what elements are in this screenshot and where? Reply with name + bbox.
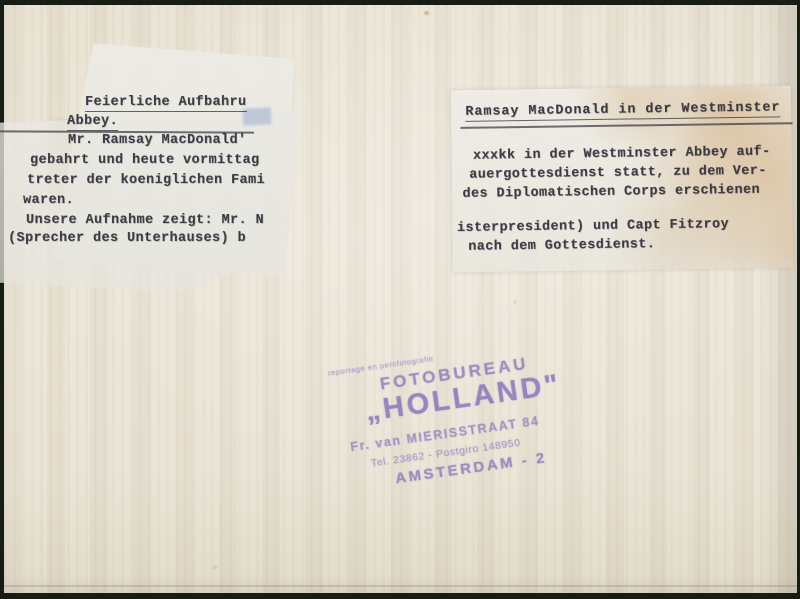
left-caption-text: Feierliche Aufbahru Abbey. Mr. Ramsay Ma… bbox=[0, 90, 310, 260]
caption-line: (Sprecher des Unterhauses) b bbox=[8, 232, 246, 246]
right-caption-text: Ramsay MacDonald in der Westminster xxxk… bbox=[452, 85, 799, 265]
caption-line: isterpresident) und Capt Fitzroy bbox=[457, 218, 729, 235]
headline-underline bbox=[461, 122, 793, 128]
caption-line: waren. bbox=[23, 194, 74, 208]
caption-line: des Diplomatischen Corps erschienen bbox=[462, 184, 760, 202]
paper-speck bbox=[424, 11, 429, 15]
caption-line: nach dem Gottesdienst. bbox=[468, 238, 655, 254]
caption-headline: Feierliche Aufbahru bbox=[85, 96, 247, 112]
paper-crease-line bbox=[4, 585, 797, 587]
caption-headline: Ramsay MacDonald in der Westminster bbox=[465, 101, 780, 121]
paper-speck bbox=[213, 566, 217, 569]
caption-line: auergottesdienst statt, zu dem Ver- bbox=[469, 165, 767, 183]
paper-speck bbox=[513, 300, 517, 304]
caption-line: treter der koeniglichen Fami bbox=[27, 174, 265, 188]
caption-line: xxxkk in der Westminster Abbey auf- bbox=[473, 146, 771, 164]
caption-line: Mr. Ramsay MacDonald' bbox=[68, 134, 247, 148]
caption-headline: Abbey. bbox=[67, 115, 118, 131]
photo-verso-scan: Feierliche Aufbahru Abbey. Mr. Ramsay Ma… bbox=[0, 0, 800, 599]
caption-line: gebahrt und heute vormittag bbox=[30, 154, 260, 168]
caption-line: Unsere Aufnahme zeigt: Mr. N bbox=[26, 214, 264, 228]
